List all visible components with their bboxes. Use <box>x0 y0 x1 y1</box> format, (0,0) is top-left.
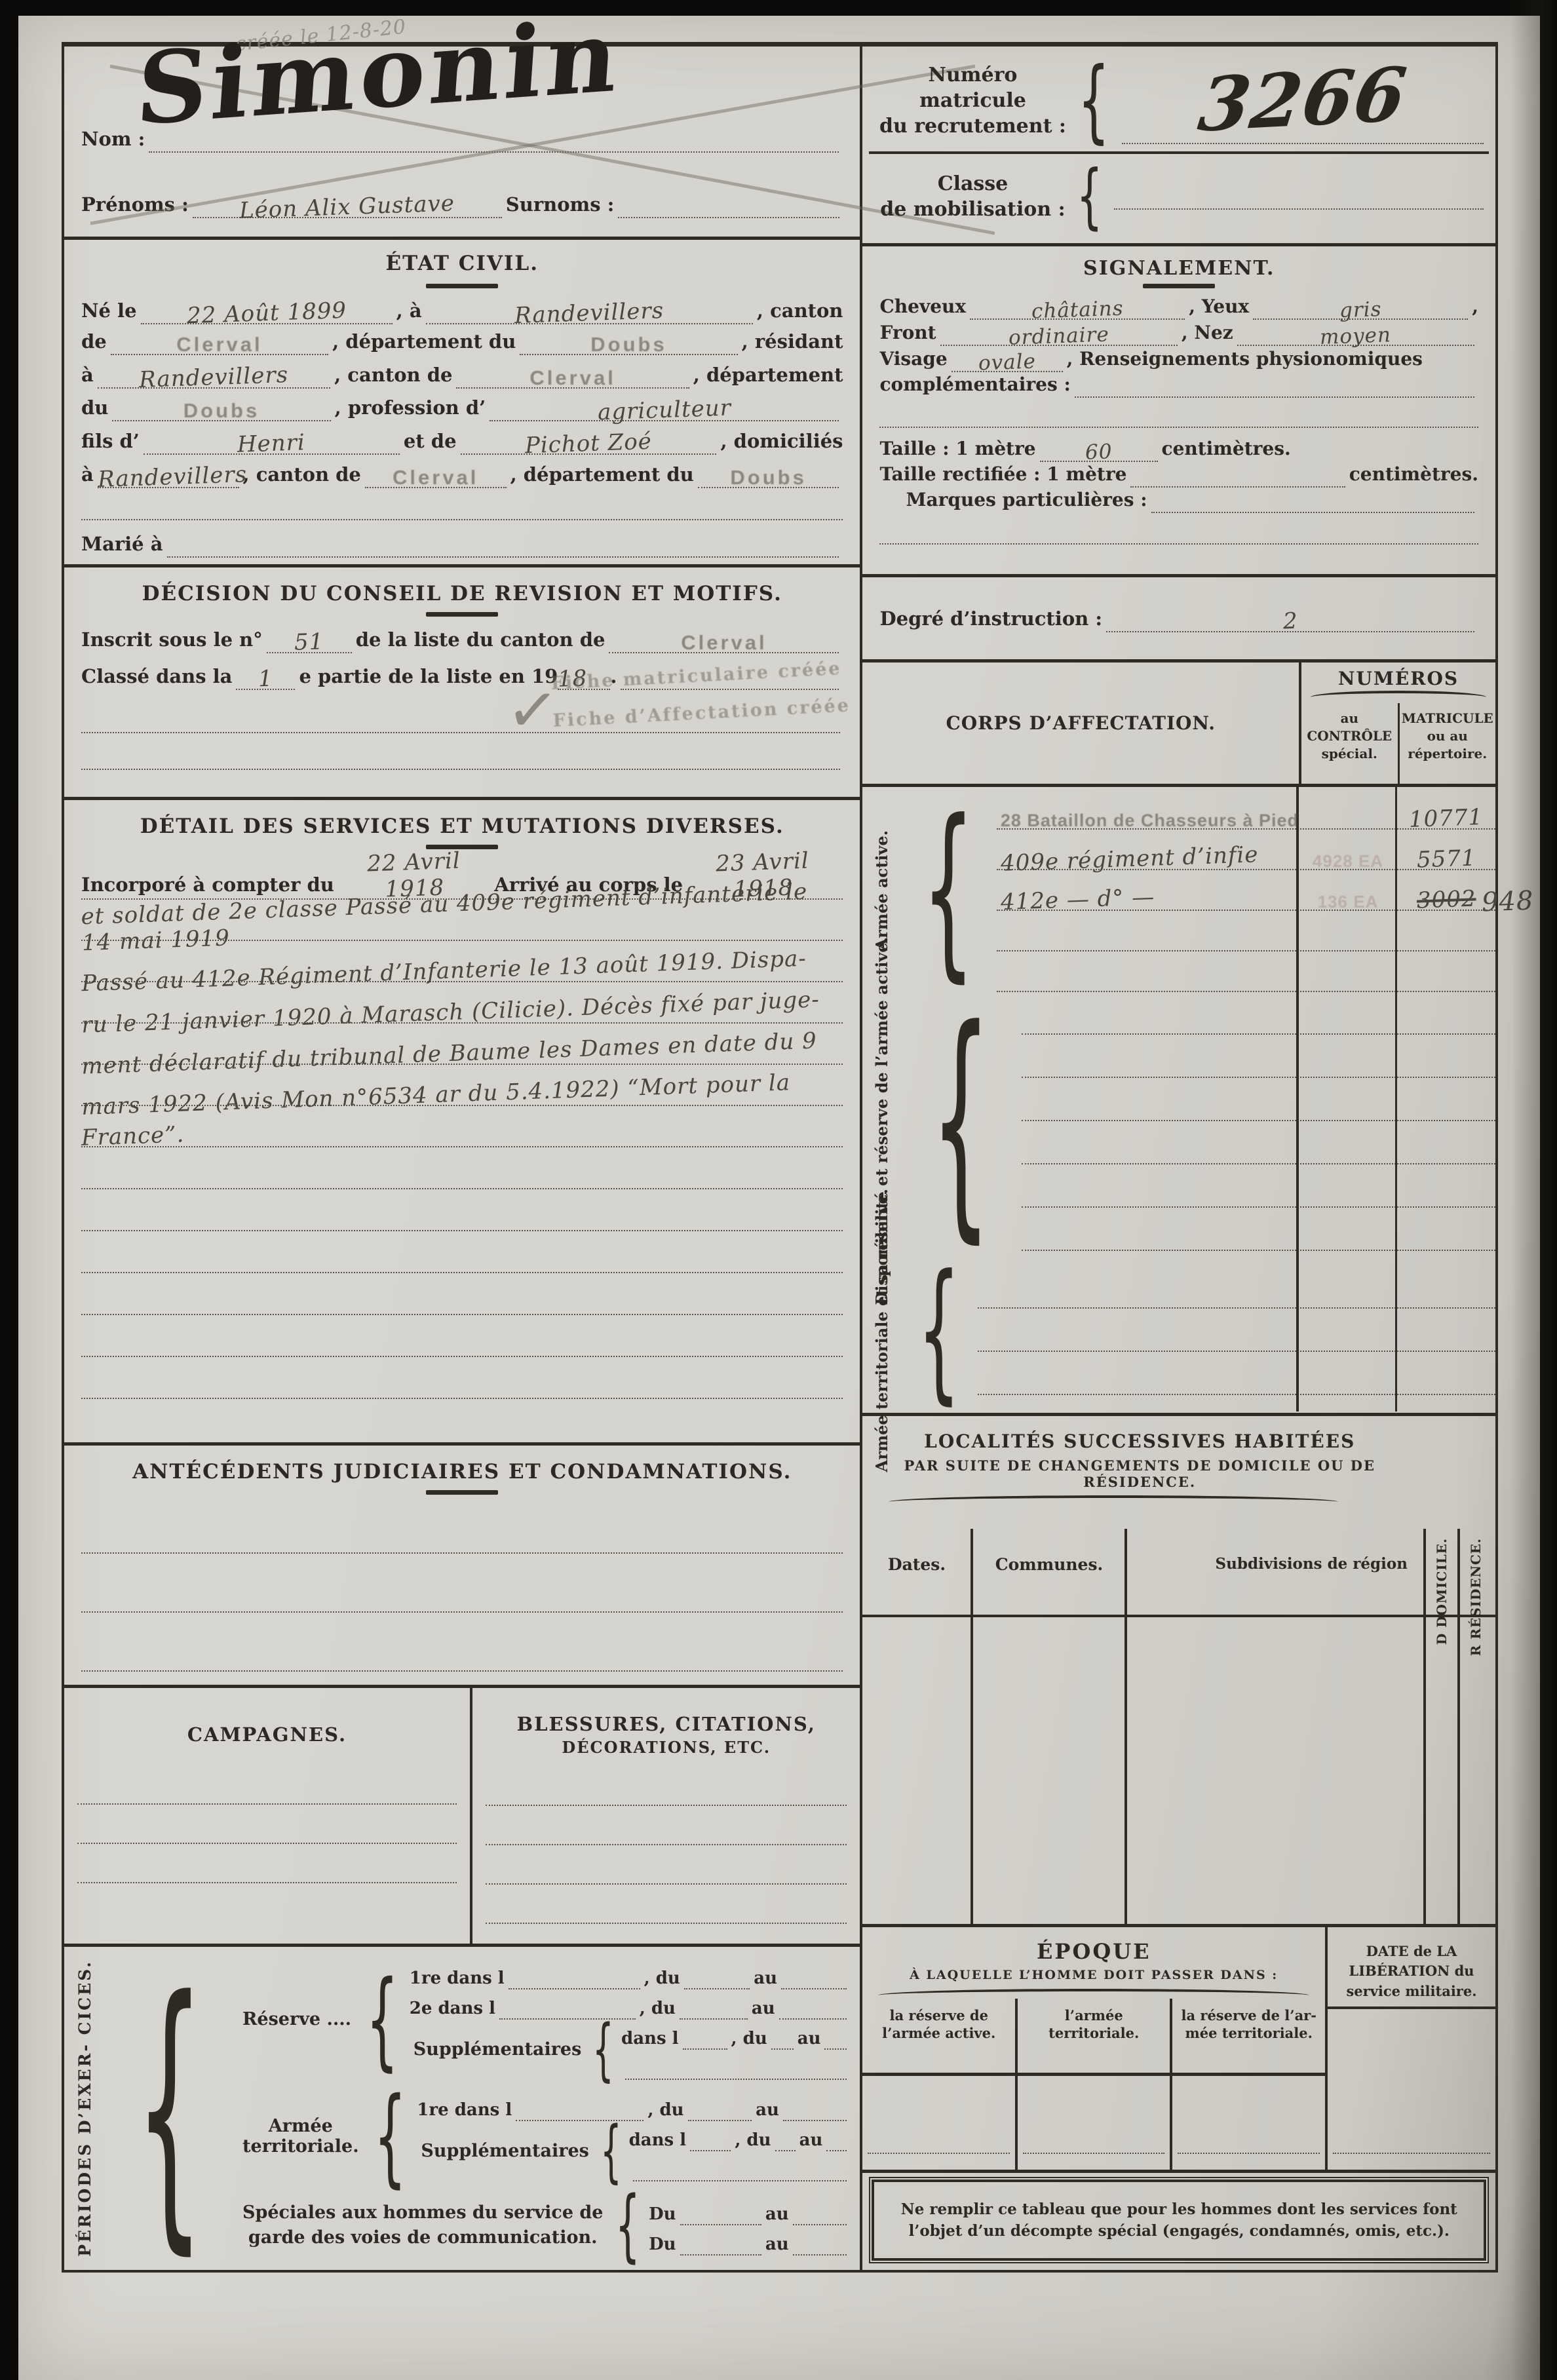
au-label: au <box>756 2100 779 2121</box>
matricule-number-handwritten: 3266 <box>1194 51 1411 149</box>
a-label: , à <box>396 299 422 324</box>
classe-label: Classé dans la <box>81 665 232 690</box>
blank-ruled-line <box>81 1231 843 1273</box>
blank-ruled-line <box>81 494 843 520</box>
supplementaires-label: Supplémentaires <box>417 2141 593 2161</box>
fils-label: fils d’ <box>81 430 140 455</box>
blank-affectation-row <box>978 1352 1495 1395</box>
inscrit-label: Inscrit sous le n° <box>81 628 263 653</box>
dates-column: Dates. <box>862 1529 971 1924</box>
scanned-military-register-page: créée le 12-8-20 Simonin Nom : Prénoms :… <box>0 0 1557 2380</box>
front-row: Front ordinaire , Nez moyen <box>879 321 1478 346</box>
blank-ruled-line <box>77 1805 457 1844</box>
residence-column-header: R RÉSIDENCE. <box>1468 1538 1484 1656</box>
blank-ruled-line <box>81 733 840 770</box>
communes-column: Communes. <box>971 1529 1124 1924</box>
reserve-active-header: la réserve de l’armée active. <box>862 1999 1015 2076</box>
corps-unit-handwritten: 412e — d° — <box>1000 883 1155 915</box>
blank-ruled-line <box>77 1844 457 1883</box>
surnoms-label: Surnoms : <box>506 193 615 218</box>
left-column: créée le 12-8-20 Simonin Nom : Prénoms :… <box>64 47 860 2270</box>
note-box: Ne remplir ce tableau que pour les homme… <box>872 2179 1486 2261</box>
blank-ruled-line <box>77 1765 457 1805</box>
territoriale-label-2: territoriale. <box>242 2136 359 2157</box>
dates-column-header: Dates. <box>862 1529 971 1617</box>
suppl-brace: { <box>592 2016 614 2083</box>
localites-subtitle: PAR SUITE DE CHANGEMENTS DE DOMICILE OU … <box>862 1457 1417 1490</box>
blank-ruled-line <box>81 1315 843 1357</box>
armee-active-group: Armée active. { 28 Bataillon de Chasseur… <box>862 787 1495 993</box>
controle-column-header: au CONTRÔLE spécial. <box>1301 703 1398 784</box>
reserve-territoriale-header: la réserve de l’ar- mée territoriale. <box>1172 1999 1325 2076</box>
controle-l1: au <box>1341 710 1359 726</box>
canton2-label: , canton de <box>334 364 452 389</box>
dept-stamp-2: Doubs <box>183 399 259 423</box>
disponibilite-group: Disponibilité et réserve de l’armée acti… <box>862 993 1495 1249</box>
marie-label: Marié à <box>81 533 163 558</box>
a3-label: à <box>81 463 94 488</box>
etat-civil-title: ÉTAT CIVIL. <box>81 252 843 275</box>
date-liberation-column: DATE de LA LIBÉRATION du service militai… <box>1325 1927 1495 2170</box>
antecedents-title: ANTÉCÉDENTS JUDICIAIRES ET CONDAMNATIONS… <box>81 1460 843 1484</box>
note-text: Ne remplir ce tableau que pour les homme… <box>889 2198 1469 2242</box>
blank-affectation-row <box>1022 1208 1495 1251</box>
surnoms-field <box>618 217 839 218</box>
father-handwritten: Henri <box>237 429 306 458</box>
corps-affectation-section: CORPS D’AFFECTATION. NUMÉROS au CONTRÔLE… <box>862 659 1495 1413</box>
blank-ruled-line <box>486 1767 847 1806</box>
blank-ruled-line <box>486 1806 847 1845</box>
taille-handwritten: 60 <box>1085 440 1113 464</box>
dept2-label: , département <box>693 364 843 389</box>
visage-handwritten: ovale <box>978 349 1036 375</box>
matricule-form: créée le 12-8-20 Simonin Nom : Prénoms :… <box>62 42 1498 2273</box>
du-label: Du <box>649 2204 676 2225</box>
du-label: , du <box>640 1999 676 2020</box>
suppl-brace: { <box>600 2117 622 2185</box>
marques-row: Marques particulières : <box>879 489 1478 513</box>
blank-ruled-line <box>81 1628 843 1672</box>
blank-ruled-line <box>486 1845 847 1885</box>
numeros-label: NUMÉROS <box>1301 668 1495 689</box>
name-section: créée le 12-8-20 Simonin Nom : Prénoms :… <box>64 47 860 237</box>
matricule-brace: { <box>1078 55 1110 145</box>
matricule-number-handwritten: 10771 <box>1409 804 1484 833</box>
du-label: , du <box>647 2100 683 2121</box>
blank-ruled-line <box>81 1273 843 1315</box>
affectation-row: 412e — d° — 136 EA 3002 948 <box>997 870 1495 911</box>
canton3-stamp: Clerval <box>393 466 478 489</box>
cheveux-row: Cheveux châtains , Yeux gris , <box>879 295 1478 320</box>
speciales-brace: { <box>615 2186 640 2265</box>
group-brace: { <box>918 1254 961 1406</box>
departement-label: , département du <box>332 330 516 355</box>
complementaires-row: complémentaires : <box>879 374 1478 398</box>
epoque-left: ÉPOQUE À LAQUELLE L’HOMME DOIT PASSER DA… <box>862 1927 1325 2170</box>
speciales-group: Spéciales aux hommes du service de garde… <box>239 2193 851 2258</box>
classe-mobilisation-label: Classe de mobilisation : <box>874 171 1071 222</box>
periodes-exercices-section: PÉRIODES D’EXER- CICES. { Réserve .... {… <box>64 1944 860 2270</box>
centimetres-label: centimètres. <box>1349 463 1478 488</box>
blank-affectation-row <box>1022 1035 1495 1078</box>
blank-ruled-line <box>1333 2153 1490 2154</box>
ne-le-label: Né le <box>81 299 137 324</box>
etat-row-5: fils d’ Henri et de Pichot Zoé , domicil… <box>81 427 843 455</box>
epoque-subtitle: À LAQUELLE L’HOMME DOIT PASSER DANS : <box>862 1968 1325 1982</box>
affectation-row: 28 Bataillon de Chasseurs à Pied 10771 <box>997 789 1495 830</box>
campagnes-blessures-section: CAMPAGNES. BLESSURES, CITATIONS, DÉCORAT… <box>64 1685 860 1944</box>
corps-unit-stamp: 28 Bataillon de Chasseurs à Pied <box>1001 811 1299 831</box>
outer-brace: { <box>135 1963 204 2255</box>
reserve-brace: { <box>366 1966 399 2073</box>
matricule-l1: MATRICULE <box>1402 710 1493 726</box>
blank-ruled-line <box>81 1189 843 1231</box>
complementaires-label: complémentaires : <box>879 374 1070 398</box>
canton3-label: , canton de <box>243 463 361 488</box>
blank-ruled-line <box>633 2180 847 2181</box>
territoriale-label: Armée territoriale. <box>239 2116 363 2157</box>
reserve-territoriale-column: la réserve de l’ar- mée territoriale. <box>1170 1999 1325 2170</box>
armee-active-label: Armée active. <box>873 830 891 951</box>
domicile-column: D DOMICILE. <box>1423 1529 1457 1924</box>
blank-affectation-row <box>997 911 1495 951</box>
reserve-row-2: 2e dans l , du au <box>410 1989 851 2020</box>
numero-matricule-label: Numéro matricule du recrutement : <box>874 62 1071 139</box>
controle-stamp: 4928 EA <box>1313 851 1383 872</box>
mother-handwritten: Pichot Zoé <box>524 429 652 459</box>
corps-table-body: Armée active. { 28 Bataillon de Chasseur… <box>862 787 1495 1411</box>
vertical-rule <box>1395 787 1397 1411</box>
localites-title: LOCALITÉS SUCCESSIVES HABITÉES <box>862 1430 1417 1452</box>
classe-mobilisation-row: Classe de mobilisation : { <box>862 154 1495 236</box>
title-rule <box>426 1490 498 1495</box>
matricule-number-section: Numéro matricule du recrutement : { 3266… <box>862 47 1495 243</box>
blank-ruled-line <box>1023 2153 1165 2154</box>
du-label: , du <box>644 1968 680 1989</box>
campagnes-cell: CAMPAGNES. <box>64 1688 470 1944</box>
nez-label: , Nez <box>1182 322 1233 346</box>
territoriale-group: Armée territoriale. { 1re dans l , du <box>239 2091 851 2181</box>
au-label: au <box>752 1999 775 2020</box>
etat-row-3: à Randevillers , canton de Clerval , dép… <box>81 361 843 389</box>
campagnes-title: CAMPAGNES. <box>77 1723 457 1746</box>
dans-label: dans l <box>629 2130 687 2151</box>
antecedents-section: ANTÉCÉDENTS JUDICIAIRES ET CONDAMNATIONS… <box>64 1442 860 1685</box>
title-rule <box>426 612 498 617</box>
communes-column-header: Communes. <box>973 1529 1124 1617</box>
date-liberation-header: DATE de LA LIBÉRATION du service militai… <box>1328 1927 1495 2009</box>
localites-brace <box>889 1495 1338 1505</box>
blank-affectation-row <box>997 951 1495 992</box>
numero-label-1: Numéro matricule <box>919 64 1026 112</box>
page-edge-shadow <box>1511 0 1557 2380</box>
blessures-title-line1: BLESSURES, CITATIONS, <box>486 1712 847 1737</box>
periodes-side-label: PÉRIODES D’EXER- CICES. <box>68 1953 101 2263</box>
marie-row: Marié à <box>81 533 843 558</box>
numero-matricule-row: Numéro matricule du recrutement : { 3266 <box>862 47 1495 151</box>
numeros-header: NUMÉROS au CONTRÔLE spécial. MATRICULE <box>1299 662 1495 784</box>
etat-row-2: de Clerval , département du Doubs , rési… <box>81 330 843 355</box>
reserve-group: Réserve .... { 1re dans l , du au <box>239 1959 851 2080</box>
du-label: , du <box>731 2029 767 2050</box>
dept3-label: , département du <box>510 463 694 488</box>
incorpore-label: Incorporé à compter du <box>81 873 334 898</box>
epoque-section: ÉPOQUE À LAQUELLE L’HOMME DOIT PASSER DA… <box>862 1924 1495 2170</box>
inscrit-row: Inscrit sous le n° 51 de la liste du can… <box>81 626 843 653</box>
speciales-label-1: Spéciales aux hommes du service de <box>242 2202 604 2223</box>
dept3-stamp: Doubs <box>730 466 806 489</box>
numero-label-2: du recrutement : <box>879 115 1066 138</box>
blank-ruled-line <box>81 1569 843 1613</box>
territoriale-reserve-group: Armée territoriale et sa réserve. { <box>862 1249 1495 1411</box>
group-brace: { <box>922 796 974 985</box>
cheveux-handwritten: châtains <box>1031 297 1124 324</box>
blank-fill <box>1151 512 1474 513</box>
marie-field <box>167 556 839 558</box>
reserve-suppl-group: Supplémentaires { dans l , du <box>410 2020 851 2080</box>
blank-affectation-row <box>978 1309 1495 1352</box>
taille-label: Taille : 1 mètre <box>879 438 1035 462</box>
degre-instruction-section: Degré d’instruction : 2 <box>862 574 1495 659</box>
parents-residence-handwritten: Randevillers <box>97 461 247 493</box>
localites-section: LOCALITÉS SUCCESSIVES HABITÉES PAR SUITE… <box>862 1413 1495 1924</box>
paper-sheet: créée le 12-8-20 Simonin Nom : Prénoms :… <box>18 16 1540 2380</box>
signalement-section: SIGNALEMENT. Cheveux châtains , Yeux gri… <box>862 243 1495 574</box>
territoriale-label-1: Armée <box>269 2116 333 2136</box>
blessures-title: BLESSURES, CITATIONS, DÉCORATIONS, ETC. <box>486 1712 847 1759</box>
title-rule <box>1143 284 1215 288</box>
nez-handwritten: moyen <box>1320 323 1392 349</box>
au-label: au <box>799 2130 823 2151</box>
surname-handwritten: Simonin <box>133 0 626 147</box>
controle-l2: CONTRÔLE <box>1307 728 1392 744</box>
classe-brace: { <box>1077 161 1103 232</box>
classe-field <box>1114 183 1484 210</box>
degre-handwritten: 2 <box>1282 607 1298 634</box>
profession-handwritten: agriculteur <box>597 395 731 426</box>
a2-label: à <box>81 364 94 389</box>
blank-affectation-row <box>1022 1121 1495 1164</box>
speciales-label-2: garde des voies de communication. <box>248 2227 598 2248</box>
controle-stamp: 136 EA <box>1318 892 1379 912</box>
marques-label: Marques particulières : <box>906 489 1147 513</box>
residence-column: R RÉSIDENCE. <box>1457 1529 1491 1924</box>
canton-stamp-decision: Clerval <box>681 631 767 655</box>
localites-table: Dates. Communes. Subdivisions de région <box>862 1509 1495 1924</box>
matricule-l2: ou au <box>1427 728 1468 744</box>
classe-number-handwritten: 1 <box>258 666 273 693</box>
cheveux-label: Cheveux <box>879 296 966 320</box>
suppl-row: dans l , du au <box>629 2121 851 2151</box>
right-column: Numéro matricule du recrutement : { 3266… <box>860 47 1495 2270</box>
centimetres-label: centimètres. <box>1162 438 1291 462</box>
blank-ruled-line <box>81 1510 843 1554</box>
armee-territoriale-column: l’armée territoriale. <box>1015 1999 1170 2170</box>
residant-label: , résidant <box>742 330 843 355</box>
domicile-column-header: D DOMICILE. <box>1434 1538 1450 1645</box>
blank-ruled-line <box>879 514 1478 545</box>
classe-label-2: de mobilisation : <box>880 198 1065 221</box>
etat-row-1: Né le 22 Août 1899 , à Randevillers , ca… <box>81 297 843 324</box>
numeros-brace <box>1311 691 1486 701</box>
blank-ruled-line <box>868 2153 1010 2154</box>
blank-affectation-row <box>978 1265 1495 1309</box>
prenoms-field: Léon Alix Gustave <box>193 191 502 218</box>
au-label: au <box>754 1968 777 1989</box>
blank-ruled-line <box>1178 2153 1320 2154</box>
signalement-title: SIGNALEMENT. <box>879 257 1478 280</box>
visage-label: Visage <box>879 348 947 372</box>
inscrit-number-handwritten: 51 <box>294 628 324 656</box>
canton2-stamp: Clerval <box>529 366 615 390</box>
reserve-label: Réserve .... <box>239 2009 355 2029</box>
comma: , <box>1472 296 1478 320</box>
yeux-label: , Yeux <box>1189 296 1249 320</box>
blank-affectation-row <box>1022 1078 1495 1121</box>
blank-affectation-row <box>1022 1164 1495 1208</box>
blank-ruled-line <box>81 1147 843 1189</box>
reserve-row-1: 1re dans l , du au <box>410 1959 851 1989</box>
blank-affectation-row <box>1022 991 1495 1035</box>
et-de-label: et de <box>404 430 457 455</box>
services-title: DÉTAIL DES SERVICES ET MUTATIONS DIVERSE… <box>81 815 843 838</box>
liste-label: de la liste du canton de <box>356 628 605 653</box>
supplementaires-label: Supplémentaires <box>410 2039 586 2060</box>
blank-ruled-line <box>879 399 1478 428</box>
blank-ruled-line <box>81 1357 843 1399</box>
territoriale-row-1: 1re dans l , du au <box>417 2091 851 2121</box>
au-label: au <box>765 2204 789 2225</box>
blank-ruled-line <box>625 2079 847 2080</box>
du-label: Du <box>649 2235 676 2255</box>
birth-place-handwritten: Randevillers <box>514 297 664 329</box>
suppl-row: dans l , du au <box>621 2020 851 2050</box>
decision-section: DÉCISION DU CONSEIL DE REVISION ET MOTIF… <box>64 564 860 797</box>
premiere-dans-label: 1re dans l <box>417 2100 512 2121</box>
group-brace: { <box>931 998 991 1245</box>
territoriale-suppl-group: Supplémentaires { dans l , du <box>417 2121 851 2181</box>
premiere-dans-label: 1re dans l <box>410 1968 505 1989</box>
visage-row: Visage ovale , Renseignements physionomi… <box>879 347 1478 372</box>
service-entry-line: et soldat de 2e classe Passé au 409e rég… <box>81 900 843 941</box>
degre-label: Degré d’instruction : <box>879 607 1102 632</box>
au-label: au <box>798 2029 821 2050</box>
note-section: Ne remplir ce tableau que pour les homme… <box>862 2170 1495 2270</box>
taille-rectifiee-row: Taille rectifiée : 1 mètre centimètres. <box>879 463 1478 488</box>
taille-row: Taille : 1 mètre 60 centimètres. <box>879 437 1478 462</box>
territoriale-brace: { <box>374 2082 406 2189</box>
etat-row-6: à Randevillers , canton de Clerval , dép… <box>81 461 843 488</box>
periodes-body: Réserve .... { 1re dans l , du au <box>239 1953 858 2263</box>
etat-row-4: du Doubs , profession d’ agriculteur <box>81 394 843 421</box>
speciales-row-1: Du au <box>649 2195 851 2225</box>
du-label: , du <box>735 2130 771 2151</box>
matricule-l3: répertoire. <box>1408 746 1487 761</box>
deuxieme-dans-label: 2e dans l <box>410 1999 495 2020</box>
armee-territoriale-header: l’armée territoriale. <box>1018 1999 1170 2076</box>
taille-rectifiee-label: Taille rectifiée : 1 mètre <box>879 463 1126 488</box>
prenoms-handwritten: Léon Alix Gustave <box>239 190 455 223</box>
blank-ruled-line <box>486 1885 847 1924</box>
controle-l3: spécial. <box>1322 746 1377 761</box>
matricule-struck-handwritten: 3002 <box>1416 885 1476 913</box>
blessures-title-line2: DÉCORATIONS, ETC. <box>486 1737 847 1758</box>
reserve-active-column: la réserve de l’armée active. <box>862 1999 1015 2170</box>
service-entry-text: France”. <box>81 1121 185 1151</box>
du-label: du <box>81 396 108 421</box>
corps-header-label: CORPS D’AFFECTATION. <box>862 662 1299 784</box>
speciales-row-2: Du au <box>649 2225 851 2255</box>
epoque-brace <box>878 1989 1309 1999</box>
profession-label: , profession d’ <box>335 396 486 421</box>
blank-fill <box>1130 486 1345 488</box>
de-label: de <box>81 330 107 355</box>
nom-field <box>149 151 839 153</box>
prenoms-row: Prénoms : Léon Alix Gustave Surnoms : <box>81 191 843 218</box>
title-rule <box>426 284 498 288</box>
renseignements-label: , Renseignements physionomiques <box>1067 348 1423 372</box>
vertical-rule <box>1296 787 1299 1411</box>
services-section: DÉTAIL DES SERVICES ET MUTATIONS DIVERSE… <box>64 797 860 1442</box>
degre-row: Degré d’instruction : 2 <box>879 605 1478 632</box>
domicilies-label: , domiciliés <box>720 430 843 455</box>
blessures-cell: BLESSURES, CITATIONS, DÉCORATIONS, ETC. <box>470 1688 860 1944</box>
yeux-handwritten: gris <box>1339 297 1382 322</box>
canton-stamp: Clerval <box>176 333 262 356</box>
residence-handwritten: Randevillers <box>139 362 289 393</box>
etat-civil-section: ÉTAT CIVIL. Né le 22 Août 1899 , à Rande… <box>64 237 860 564</box>
blank-fill <box>1075 396 1474 398</box>
canton-label: , canton <box>757 299 843 324</box>
matricule-number-handwritten: 5571 <box>1416 845 1476 873</box>
au-label: au <box>765 2235 789 2255</box>
departement-stamp: Doubs <box>590 333 666 356</box>
classe-label-1: Classe <box>938 172 1009 195</box>
front-handwritten: ordinaire <box>1008 322 1109 349</box>
periodes-side-text: PÉRIODES D’EXER- CICES. <box>75 1960 94 2257</box>
front-label: Front <box>879 322 936 346</box>
corps-table-header: CORPS D’AFFECTATION. NUMÉROS au CONTRÔLE… <box>862 662 1495 787</box>
epoque-title: ÉPOQUE <box>862 1939 1325 1964</box>
affectation-row: 409e régiment d’infie 4928 EA 5571 <box>997 830 1495 870</box>
decision-title: DÉCISION DU CONSEIL DE REVISION ET MOTIF… <box>81 582 843 605</box>
prenoms-label: Prénoms : <box>81 193 189 218</box>
birth-date-handwritten: 22 Août 1899 <box>186 297 347 329</box>
matricule-column-header: MATRICULE ou au répertoire. <box>1398 703 1496 784</box>
dans-label: dans l <box>621 2029 679 2050</box>
